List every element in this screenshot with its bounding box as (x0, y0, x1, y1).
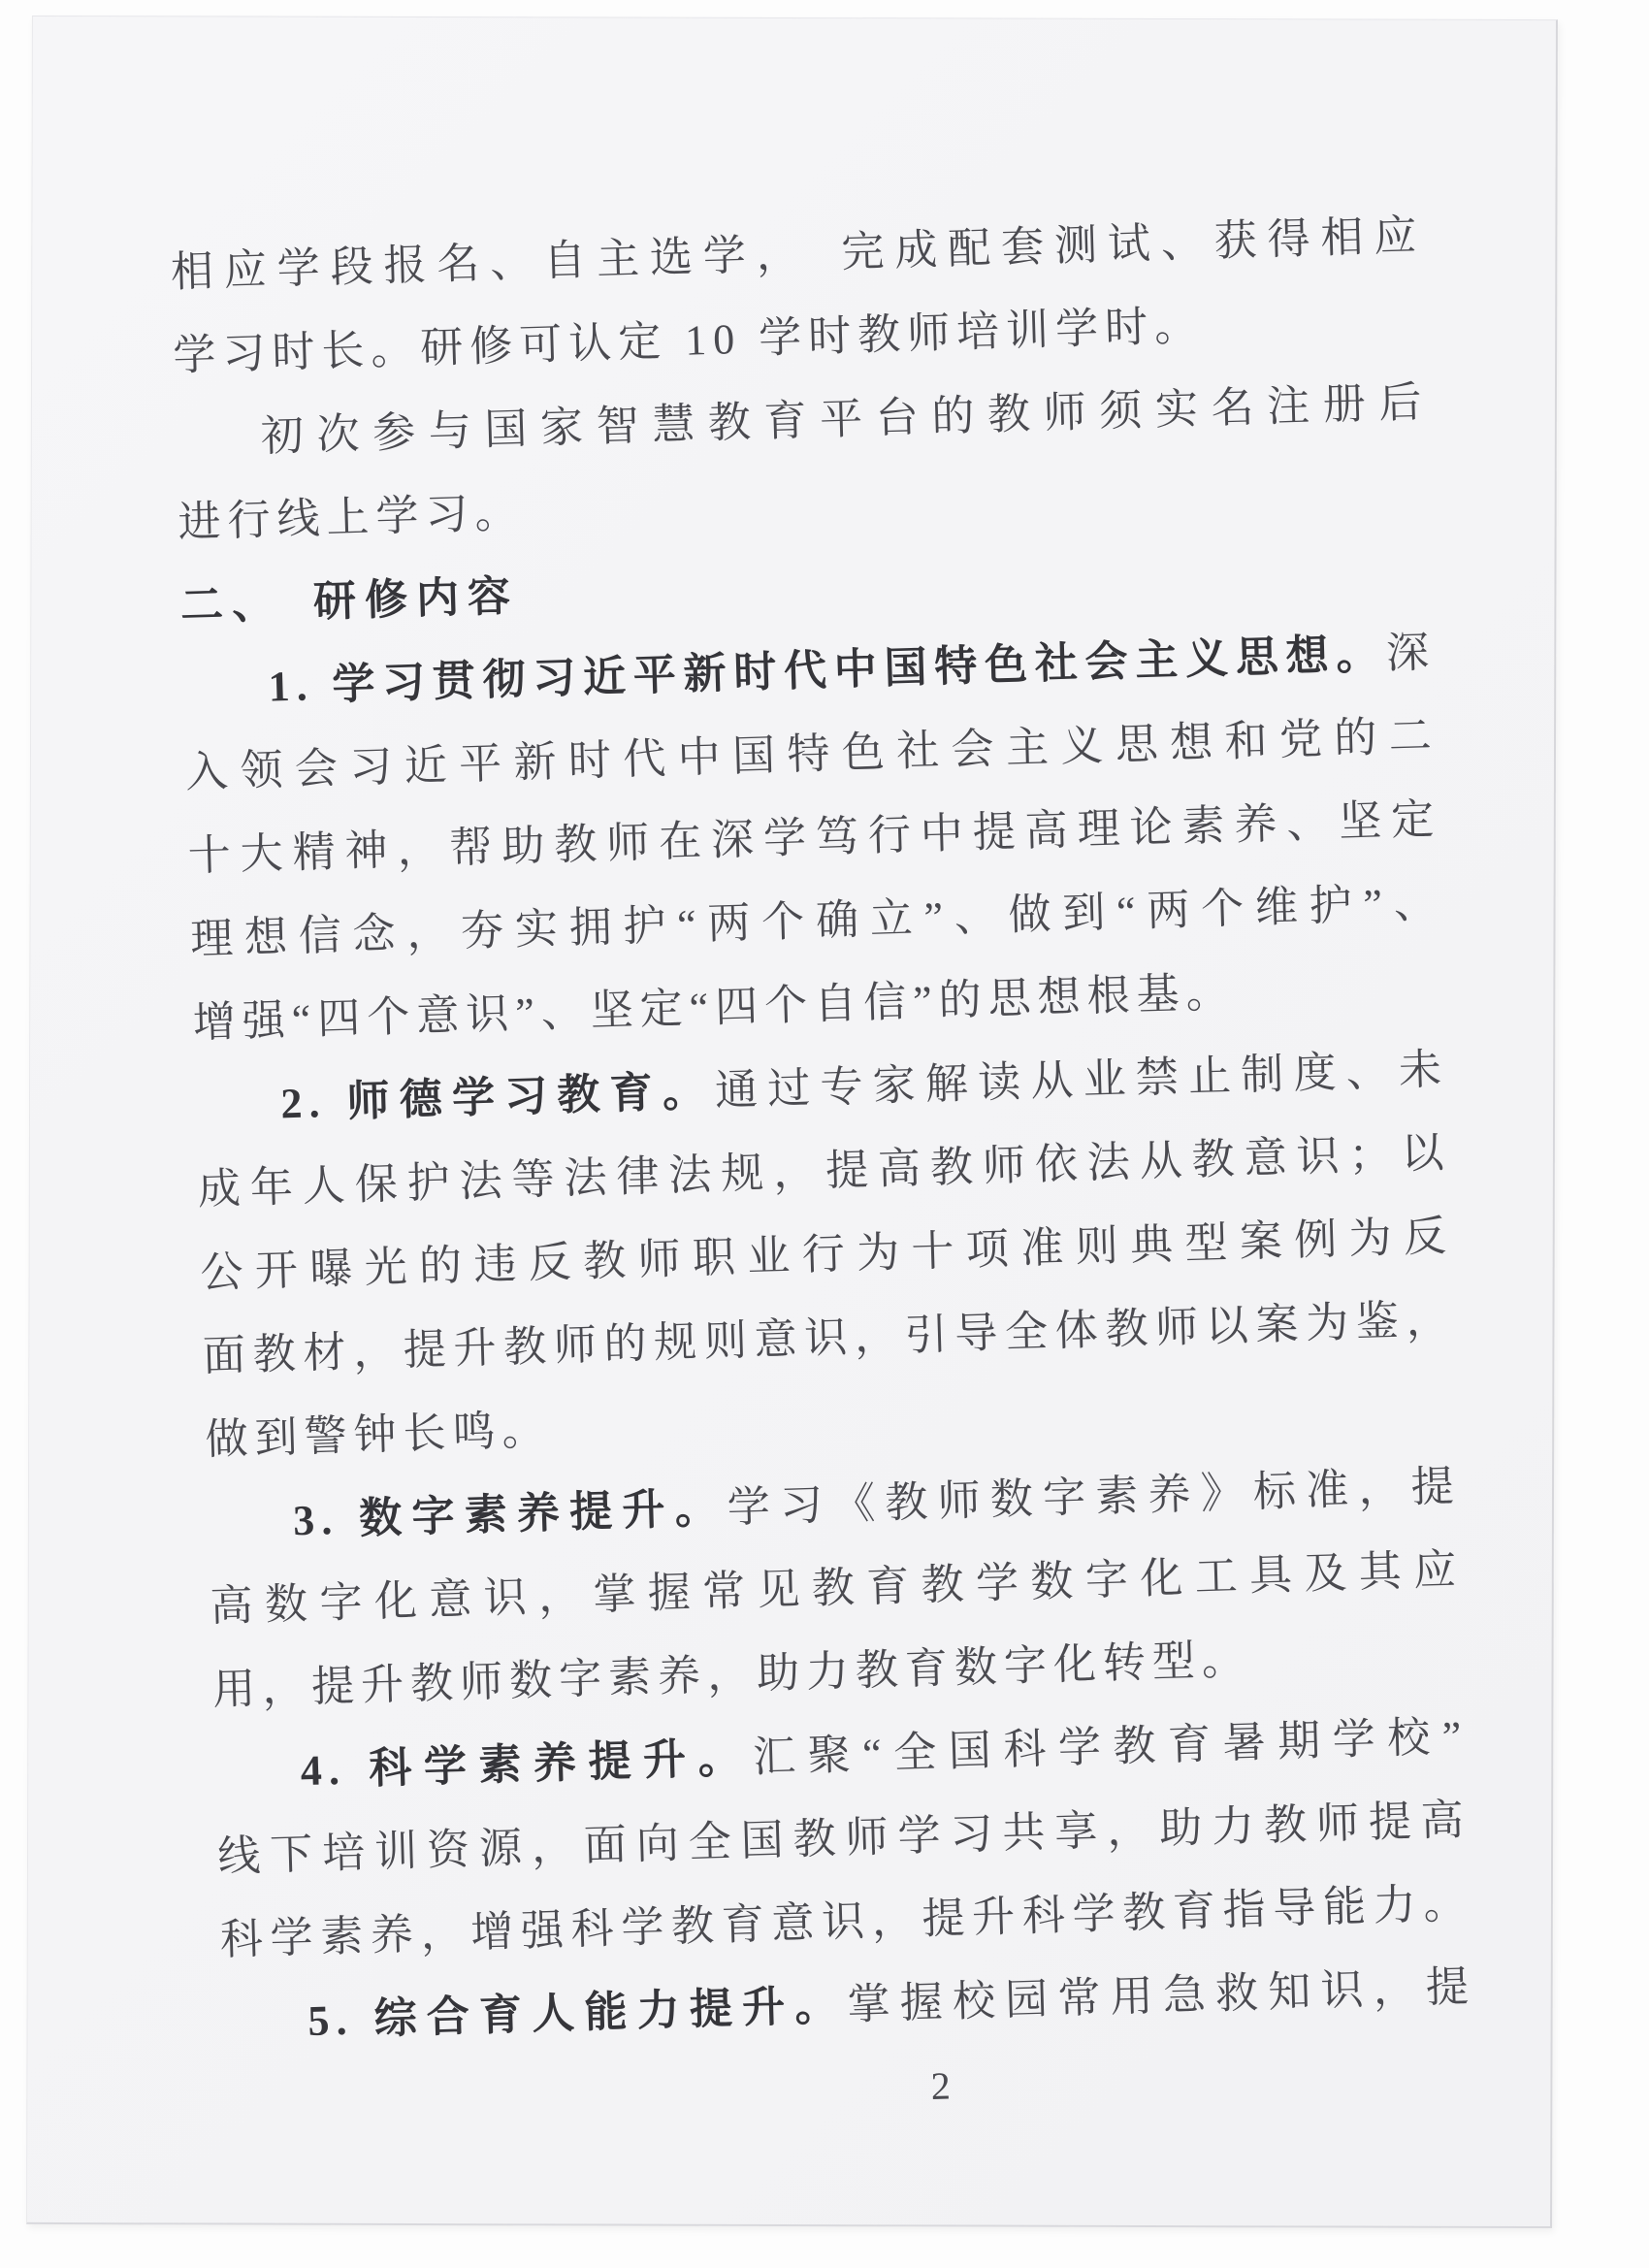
scanned-document-page: 相应学段报名、自主选学， 完成配套测试、获得相应学习时长。研修可认定 10 学时… (0, 0, 1649, 2268)
bold-text-run: 二、 研修内容 (179, 572, 519, 630)
bold-text-run: 5. 综合育人能力提升。 (307, 1982, 849, 2045)
text-run: 汇聚“全国科学教育暑期学校” (752, 1712, 1469, 1781)
text-run: 初次参与国家智慧教育平台的教师须实名注册后 (260, 378, 1429, 461)
text-run: 进行线上学习。 (178, 489, 525, 547)
text-run: 学习《教师数字素养》标准，提 (727, 1463, 1461, 1532)
document-text-block: 相应学段报名、自主选学， 完成配套测试、获得相应学习时长。研修可认定 10 学时… (170, 194, 1479, 2149)
text-run: 深 (1385, 629, 1436, 677)
bold-text-run: 4. 科学素养提升。 (300, 1733, 754, 1795)
text-run: 做到警钟长鸣。 (205, 1406, 552, 1464)
text-run: 增强“四个意识”、坚定“四个自信”的思想根基。 (192, 968, 1236, 1047)
bold-text-run: 1. 学习贯彻习近平新时代中国特色社会主义思想。 (268, 630, 1387, 710)
text-run: 掌握校园常用急救知识，提 (847, 1962, 1476, 2028)
page-number-value: 2 (930, 2063, 951, 2108)
text-run: 用，提升教师数字素养，助力教育数字化转型。 (212, 1636, 1252, 1714)
document-lines: 相应学段报名、自主选学， 完成配套测试、获得相应学习时长。研修可认定 10 学时… (170, 194, 1477, 2065)
bold-text-run: 3. 数字素养提升。 (292, 1484, 727, 1544)
bold-text-run: 2. 师德学习教育。 (280, 1067, 716, 1127)
text-run: 学习时长。研修可认定 10 学时教师培训学时。 (173, 302, 1205, 380)
text-run: 通过专家解读从业禁止制度、未 (714, 1046, 1448, 1115)
